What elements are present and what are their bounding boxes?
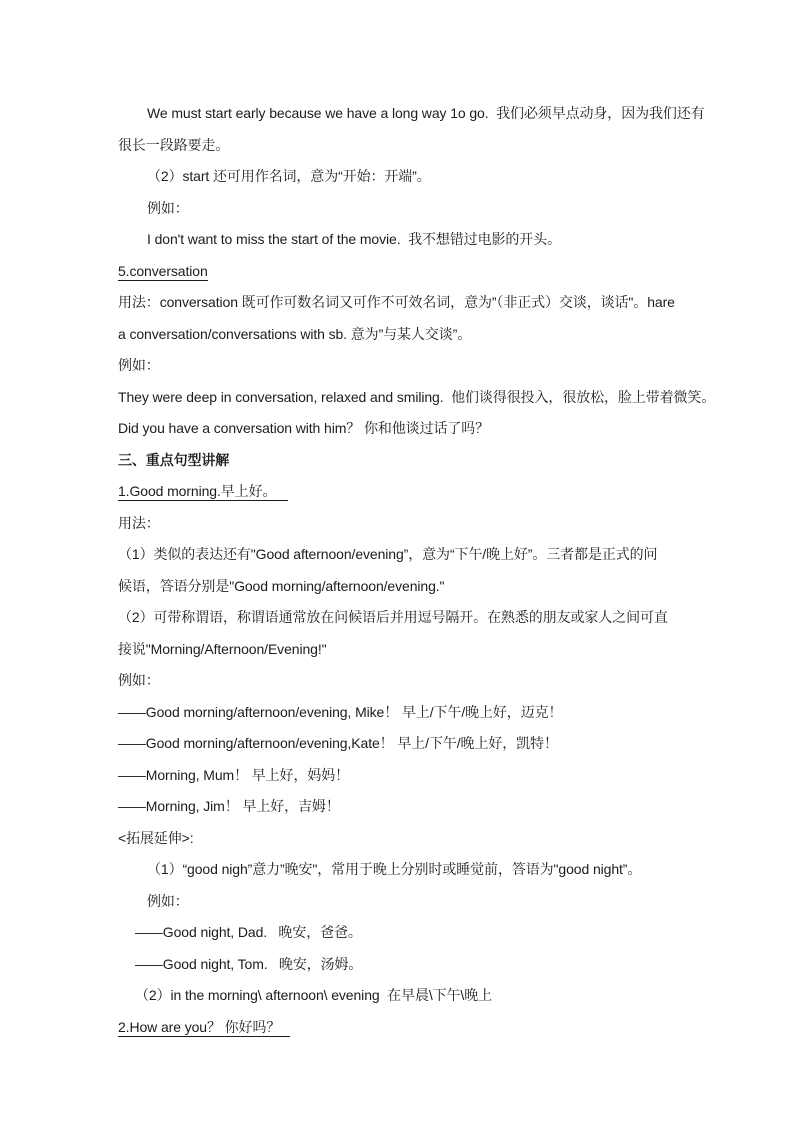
heading-good-morning: 1.Good morning.早上好。 (118, 476, 740, 508)
text-line: （1）“good nigh”意力”晚安"，常用于晚上分别时或睡觉前，答语为"go… (118, 854, 740, 886)
text-line: ——Good morning/afternoon/evening, Mike！ … (118, 697, 740, 729)
text-line: 接说"Morning/Afternoon/Evening!" (118, 634, 740, 666)
text-line: <拓展延伸>: (118, 823, 740, 855)
text-line: We must start early because we have a lo… (118, 98, 740, 130)
heading-how-are-you: 2.How are you？ 你好吗？ (118, 1012, 740, 1044)
text-line: （2）start 还可用作名词，意为“开始：开端”。 (118, 161, 740, 193)
heading-5-conversation: 5.conversation (118, 256, 740, 288)
underlined-heading-text: 1.Good morning.早上好。 (118, 483, 288, 501)
document-page: We must start early because we have a lo… (0, 0, 800, 1131)
text-line: 例如： (118, 350, 740, 382)
text-line: Did you have a conversation with him？ 你和… (118, 413, 740, 445)
text-line: 例如： (118, 193, 740, 225)
text-line: 很长一段路要走。 (118, 130, 740, 162)
text-line: ——Morning, Jim！ 早上好，吉姆！ (118, 791, 740, 823)
text-line: 用法：conversation 既可作可数名词又可作不可效名词，意为”（非正式）… (118, 287, 740, 319)
text-line: （2）可带称谓语，称谓语通常放在问候语后并用逗号隔开。在熟悉的朋友或家人之间可直 (118, 602, 740, 634)
text-line: （1）类似的表达还有"Good afternoon/evening”，意为“下午… (118, 539, 740, 571)
text-line: （2）in the morning\ afternoon\ evening 在早… (118, 980, 740, 1012)
underlined-heading-text: 5.conversation (118, 263, 208, 281)
document-text-block: We must start early because we have a lo… (118, 98, 740, 1043)
text-line: They were deep in conversation, relaxed … (118, 382, 740, 414)
text-line: 例如： (118, 665, 740, 697)
text-line: ——Good night, Dad. 晚安，爸爸。 (118, 917, 740, 949)
text-line: 例如： (118, 886, 740, 918)
text-line: 用法： (118, 508, 740, 540)
heading-section-3: 三、重点句型讲解 (118, 445, 740, 477)
text-line: ——Good morning/afternoon/evening,Kate！ 早… (118, 728, 740, 760)
text-line: ——Morning, Mum！ 早上好，妈妈！ (118, 760, 740, 792)
text-line: 候语，答语分别是"Good morning/afternoon/evening.… (118, 571, 740, 603)
text-line: a conversation/conversations with sb. 意为… (118, 319, 740, 351)
text-line: I don't want to miss the start of the mo… (118, 224, 740, 256)
underlined-heading-text: 2.How are you？ 你好吗？ (118, 1019, 290, 1037)
text-line: ——Good night, Tom. 晚安，汤姆。 (118, 949, 740, 981)
